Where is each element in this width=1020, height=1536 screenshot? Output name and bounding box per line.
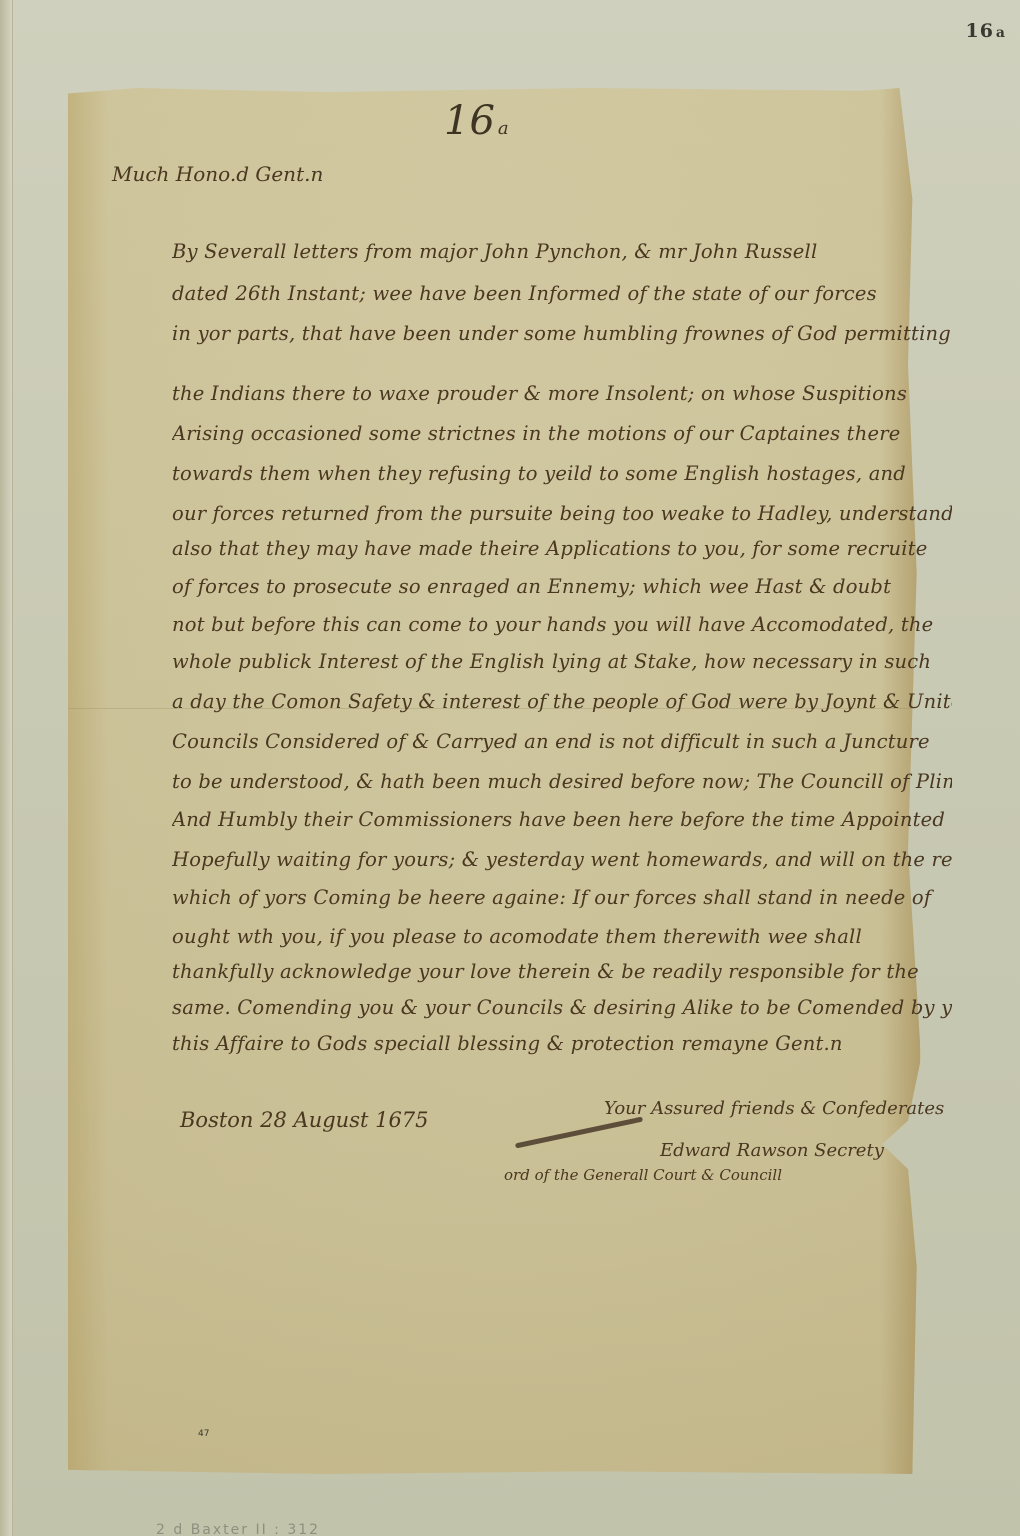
body-line: the Indians there to waxe prouder & more… xyxy=(172,382,952,405)
body-line: towards them when they refusing to yeild… xyxy=(172,462,952,485)
handwritten-folio-digits: 16 xyxy=(444,98,495,144)
leaf-stain-left xyxy=(68,88,108,1474)
archive-shelfmark: 2 d Baxter II : 312 xyxy=(156,1522,320,1536)
folio-stamp-suffix: a xyxy=(996,25,1006,41)
archive-page-number: 47 xyxy=(198,1429,209,1439)
body-line: also that they may have made theire Appl… xyxy=(172,537,952,560)
letter-attestation: ord of the Generall Court & Councill xyxy=(504,1166,782,1184)
body-line: to be understood, & hath been much desir… xyxy=(172,770,952,793)
body-line: Arising occasioned some strictnes in the… xyxy=(172,422,952,445)
body-line: same. Comending you & your Councils & de… xyxy=(172,996,952,1019)
body-line: not but before this can come to your han… xyxy=(172,613,952,636)
body-line: whole publick Interest of the English ly… xyxy=(172,650,952,673)
body-line: in yor parts, that have been under some … xyxy=(172,322,952,345)
body-line: dated 26th Instant; wee have been Inform… xyxy=(172,282,952,305)
body-line: which of yors Coming be heere againe: If… xyxy=(172,886,952,909)
handwritten-folio-number: 16a xyxy=(444,98,509,144)
letter-signature: Edward Rawson Secrety xyxy=(660,1140,884,1161)
body-line: By Severall letters from major John Pync… xyxy=(172,240,952,263)
folio-stamp-number: 16 xyxy=(965,20,993,42)
body-line: our forces returned from the pursuite be… xyxy=(172,502,952,525)
body-line: a day the Comon Safety & interest of the… xyxy=(172,690,952,713)
archive-mount-board: 16a 16a Much Hono.d Gent.n By Severall l… xyxy=(0,0,1020,1536)
body-line: Councils Considered of & Carryed an end … xyxy=(172,730,952,753)
body-line: this Affaire to Gods speciall blessing &… xyxy=(172,1032,952,1055)
body-line: Hopefully waiting for yours; & yesterday… xyxy=(172,848,952,871)
mount-left-edge xyxy=(0,0,13,1536)
body-line: And Humbly their Commissioners have been… xyxy=(172,808,952,831)
body-line: of forces to prosecute so enraged an Enn… xyxy=(172,575,952,598)
printed-folio-stamp: 16a xyxy=(965,20,1006,42)
letter-dateline: Boston 28 August 1675 xyxy=(180,1108,429,1132)
letter-salutation: Much Hono.d Gent.n xyxy=(112,162,323,186)
body-line: ought wth you, if you please to acomodat… xyxy=(172,925,952,948)
body-line: thankfully acknowledge your love therein… xyxy=(172,960,952,983)
handwritten-folio-suffix: a xyxy=(498,118,509,139)
letter-closing: Your Assured friends & Confederates xyxy=(604,1098,944,1119)
